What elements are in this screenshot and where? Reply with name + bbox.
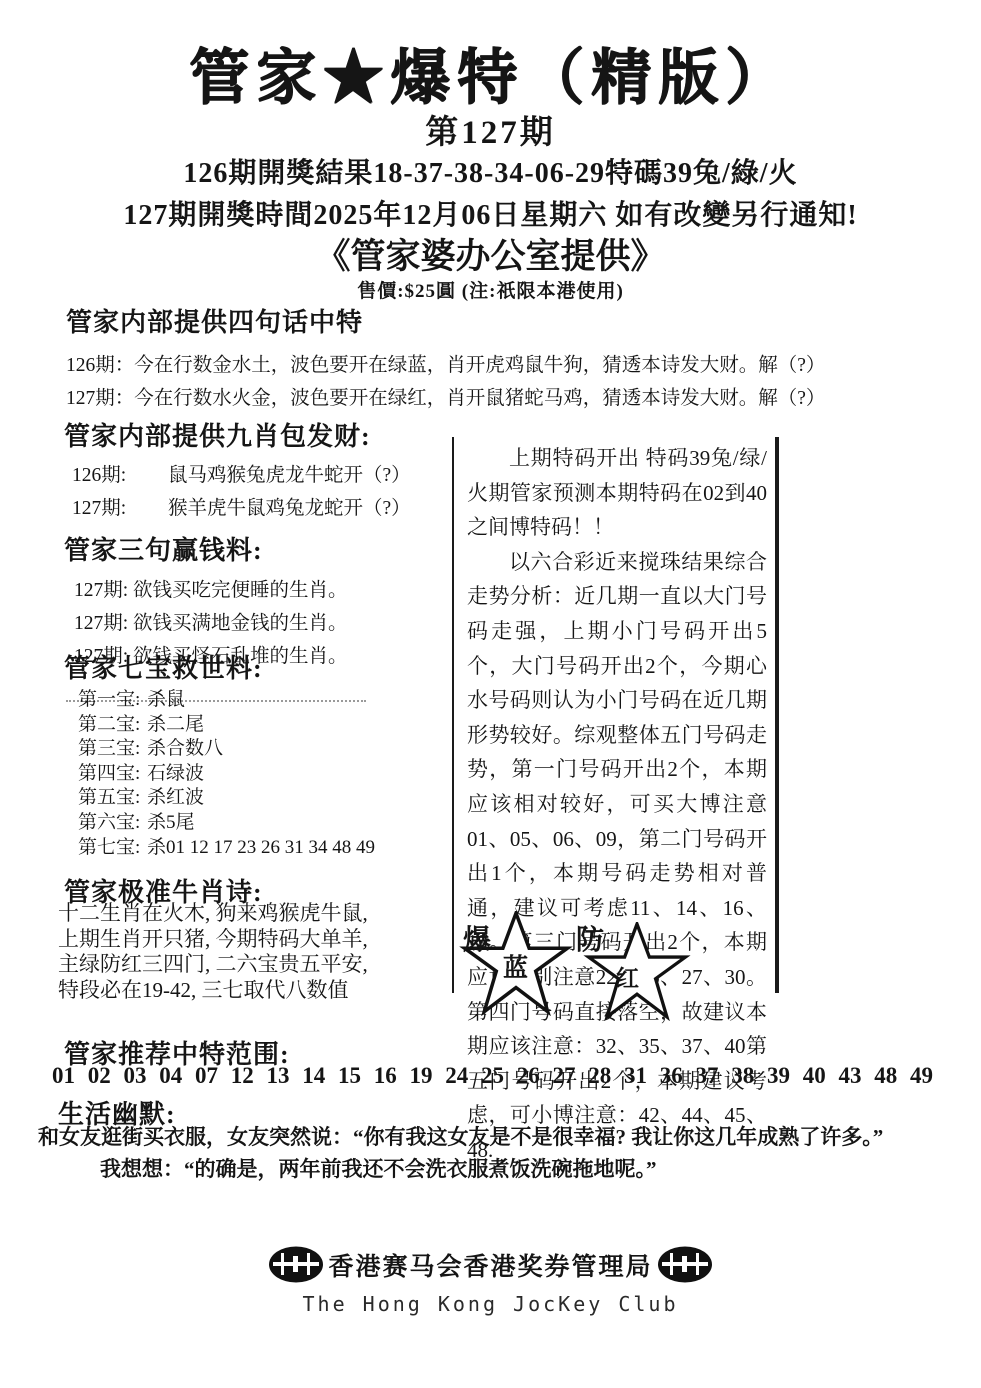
- treasure-label: 第七宝:: [78, 836, 147, 861]
- treasure-value: 杀5尾: [147, 812, 195, 833]
- nine-xiao-row-value: 鼠马鸡猴兔虎龙牛蛇开（?）: [168, 465, 411, 486]
- treasure-row: 第三宝:杀合数八: [78, 737, 375, 762]
- treasure-label: 第二宝:: [78, 713, 147, 738]
- ox-poem: 十二生肖在火木, 狗来鸡猴虎牛鼠, 上期生肖开只猪, 今期特码大单羊, 主绿防红…: [58, 901, 368, 1003]
- four-sentences-line-126: 126期：今在行数金水土，波色要开在绿蓝，肖开虎鸡鼠牛狗，猜透本诗发大财。解（?…: [66, 349, 825, 377]
- main-title: 管家★爆特（精版）: [0, 30, 981, 116]
- price-note: 售價:$25圓 (注:祇限本港使用): [0, 276, 981, 303]
- humor-line-2: 我想想：“的确是，两年前我还不会洗衣服煮饭洗碗拖地呢。”: [100, 1153, 657, 1183]
- issue-number: 第127期: [0, 106, 981, 153]
- poem-line: 主绿防红三四门, 二六宝贵五平安,: [58, 952, 368, 978]
- nine-xiao-row-127: 127期:猴羊虎牛鼠鸡兔龙蛇开（?）: [72, 492, 411, 520]
- three-sentences-row: 127期: 欲钱买吃完便睡的生肖。: [74, 574, 348, 602]
- jockey-club-logo-left: [267, 1244, 325, 1285]
- treasure-value: 杀01 12 17 23 26 31 34 48 49: [147, 837, 375, 858]
- nine-xiao-heading: 管家内部提供九肖包发财:: [64, 416, 371, 453]
- seven-treasures-list: 第一宝:杀鼠 第二宝:杀二尾 第三宝:杀合数八 第四宝:石绿波 第五宝:杀红波 …: [78, 688, 375, 860]
- jockey-club-english-name: The Hong Kong JocKey Club: [0, 1292, 981, 1316]
- nine-xiao-row-value: 猴羊虎牛鼠鸡兔龙蛇开（?）: [168, 498, 411, 519]
- analysis-box-right-rule: [775, 437, 779, 993]
- treasure-label: 第五宝:: [78, 786, 147, 811]
- poem-line: 上期生肖开只猪, 今期特码大单羊,: [58, 927, 368, 953]
- trend-analysis-text: 上期特码开出 特码39兔/绿/火期管家预测本期特码在02到40之间博特码！！ 以…: [455, 441, 773, 1167]
- jockey-club-logo-right: [656, 1244, 714, 1285]
- treasure-value: 杀合数八: [147, 738, 223, 759]
- analysis-paragraph-1: 上期特码开出 特码39兔/绿/火期管家预测本期特码在02到40之间博特码！！: [467, 441, 767, 545]
- burst-label: 爆: [463, 918, 491, 958]
- poem-line: 特段必在19-42, 三七取代八数值: [58, 978, 368, 1004]
- treasure-value: 杀红波: [147, 787, 204, 808]
- treasure-row: 第六宝:杀5尾: [78, 811, 375, 836]
- jockey-club-org-name: 香港赛马会香港奖券管理局: [328, 1247, 652, 1283]
- three-sentences-heading: 管家三句赢钱料:: [64, 530, 263, 567]
- red-star-char: 红: [616, 960, 639, 993]
- treasure-row: 第四宝:石绿波: [78, 762, 375, 787]
- four-sentences-line-127: 127期：今在行数水火金，波色要开在绿红，肖开鼠猪蛇马鸡，猜透本诗发大财。解（?…: [66, 382, 825, 410]
- treasure-row: 第五宝:杀红波: [78, 786, 375, 811]
- blue-star-char: 蓝: [503, 948, 528, 984]
- treasure-row: 第二宝:杀二尾: [78, 713, 375, 738]
- nine-xiao-row-label: 127期:: [72, 492, 142, 520]
- nine-xiao-row-126: 126期:鼠马鸡猴兔虎龙牛蛇开（?）: [72, 459, 411, 487]
- treasure-value: 杀鼠: [147, 689, 185, 710]
- four-sentences-heading: 管家内部提供四句话中特: [66, 302, 363, 339]
- humor-line-1: 和女友逛街买衣服，女友突然说：“你有我这女友是不是很幸福? 我让你这几年成熟了许…: [38, 1121, 883, 1151]
- analysis-box-left-rule: [452, 437, 454, 993]
- prev-draw-result: 126期開獎結果18-37-38-34-06-29特碼39兔/綠/火: [0, 151, 981, 191]
- next-draw-time: 127期開獎時間2025年12月06日星期六 如有改變另行通知!: [0, 193, 981, 233]
- treasure-value: 杀二尾: [147, 714, 204, 735]
- poem-line: 十二生肖在火木, 狗来鸡猴虎牛鼠,: [58, 901, 368, 927]
- footer-logo-row: 香港赛马会香港奖券管理局: [0, 1244, 981, 1285]
- treasure-label: 第一宝:: [78, 688, 147, 713]
- provider-line: 《管家婆办公室提供》: [0, 229, 981, 279]
- guard-label: 防: [576, 918, 604, 958]
- treasure-row: 第七宝:杀01 12 17 23 26 31 34 48 49: [78, 836, 375, 861]
- recommend-numbers: 01 02 03 04 07 12 13 14 15 16 19 24 25 2…: [52, 1063, 933, 1089]
- treasure-value: 石绿波: [147, 763, 204, 784]
- three-sentences-row: 127期: 欲钱买满地金钱的生肖。: [74, 607, 348, 635]
- treasure-label: 第六宝:: [78, 811, 147, 836]
- treasure-label: 第三宝:: [78, 737, 147, 762]
- treasure-row: 第一宝:杀鼠: [78, 688, 375, 713]
- treasure-label: 第四宝:: [78, 762, 147, 787]
- nine-xiao-row-label: 126期:: [72, 459, 142, 487]
- seven-treasures-heading: 管家七宝救世料:: [64, 648, 263, 685]
